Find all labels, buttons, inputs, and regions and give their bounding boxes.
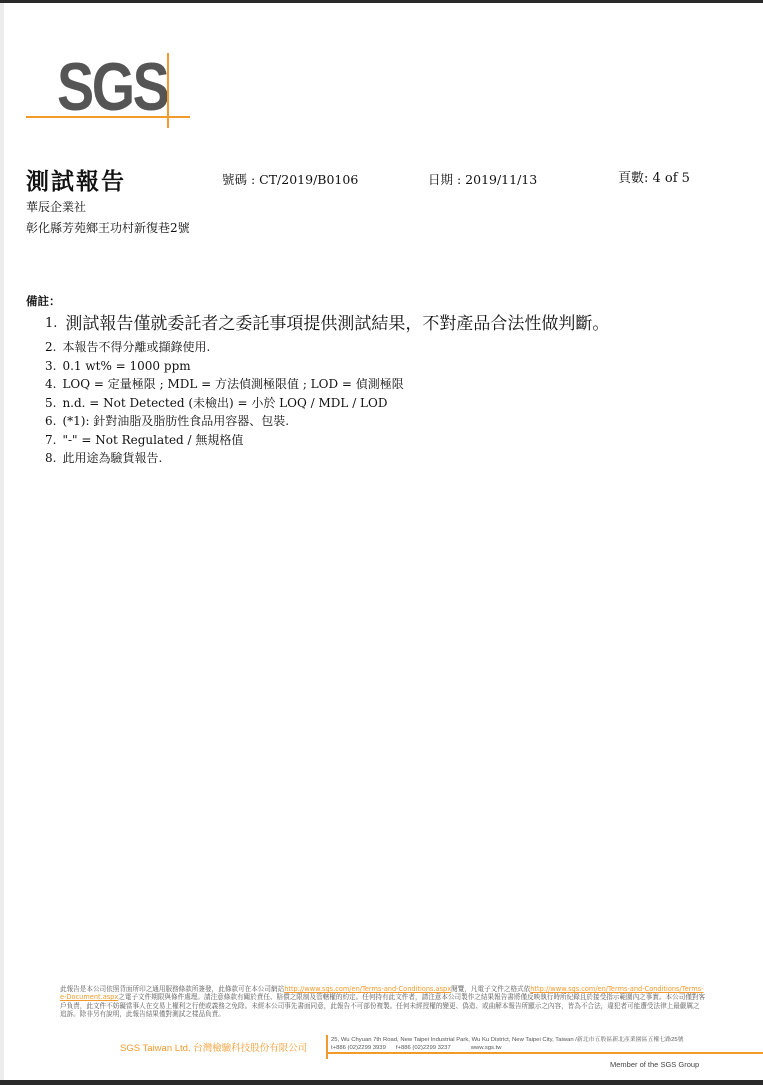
remark-text: (*1): 針對油脂及脂肪性食品用容器、包裝. bbox=[62, 414, 289, 428]
top-border bbox=[0, 0, 763, 3]
remark-text: 本報告不得分離或擷錄使用. bbox=[62, 340, 210, 354]
footer-fax: f+886 (02)2299 3237 bbox=[396, 1045, 451, 1051]
remarks-list: 1.測試報告僅就委託者之委託事項提供測試結果，不對產品合法性做判斷。 2.本報告… bbox=[45, 312, 609, 468]
remark-item: 1.測試報告僅就委託者之委託事項提供測試結果，不對產品合法性做判斷。 bbox=[45, 312, 609, 336]
remark-text: "-" = Not Regulated / 無規格值 bbox=[62, 433, 243, 447]
remark-item: 8.此用途為驗貨報告. bbox=[45, 449, 609, 468]
terms-link[interactable]: http://www.sgs.com/en/Terms-and-Conditio… bbox=[284, 985, 451, 993]
footer-company-name: SGS Taiwan Ltd. 台灣檢驗科技股份有限公司 bbox=[120, 1040, 307, 1054]
page-count: 頁數: 4 of 5 bbox=[618, 167, 690, 186]
footer-tel: t+886 (02)2299 3939 bbox=[331, 1045, 386, 1051]
remark-text: 0.1 wt% = 1000 ppm bbox=[62, 359, 190, 373]
footer-divider-horizontal bbox=[326, 1052, 763, 1054]
logo-text: SGS bbox=[57, 53, 167, 121]
footer-address: 25, Wu Chyuan 7th Road, New Taipei Indus… bbox=[331, 1036, 684, 1044]
remarks-heading: 備註： bbox=[26, 293, 61, 309]
report-date: 日期 : 2019/11/13 bbox=[428, 170, 537, 188]
logo-horizontal-line bbox=[26, 116, 190, 118]
remark-item: 3.0.1 wt% = 1000 ppm bbox=[45, 357, 609, 376]
footer-member-text: Member of the SGS Group bbox=[610, 1060, 699, 1069]
remark-item: 4.LOQ = 定量極限 ; MDL = 方法偵測極限值 ; LOD = 偵測極… bbox=[45, 375, 609, 394]
remark-item: 2.本報告不得分離或擷錄使用. bbox=[45, 338, 609, 357]
client-address: 彰化縣芳苑鄉王功村新復巷2號 bbox=[26, 219, 190, 236]
remark-text: 測試報告僅就委託者之委託事項提供測試結果，不對產品合法性做判斷。 bbox=[65, 314, 609, 334]
footer-address-block: 25, Wu Chyuan 7th Road, New Taipei Indus… bbox=[331, 1036, 684, 1052]
remark-item: 6.(*1): 針對油脂及脂肪性食品用容器、包裝. bbox=[45, 412, 609, 431]
footer-contact: t+886 (02)2299 3939f+886 (02)2299 3237ww… bbox=[331, 1044, 684, 1052]
footer-disclaimer: 此報告是本公司依照背面所印之通用服務條款所簽發，此條款可在本公司網站http:/… bbox=[60, 985, 706, 1019]
remark-item: 7."-" = Not Regulated / 無規格值 bbox=[45, 431, 609, 450]
report-number: 號碼 : CT/2019/B0106 bbox=[222, 170, 358, 188]
remark-text: n.d. = Not Detected (未檢出) = 小於 LOQ / MDL… bbox=[62, 396, 387, 410]
footer-divider-vertical bbox=[326, 1035, 328, 1059]
page-left-edge bbox=[0, 3, 4, 1080]
sgs-logo: SGS bbox=[26, 53, 196, 131]
bottom-border bbox=[0, 1080, 763, 1085]
logo-vertical-line bbox=[167, 53, 169, 128]
client-name: 華辰企業社 bbox=[26, 198, 86, 215]
footer-website[interactable]: www.sgs.tw bbox=[471, 1045, 502, 1051]
remark-text: LOQ = 定量極限 ; MDL = 方法偵測極限值 ; LOD = 偵測極限 bbox=[62, 377, 403, 391]
document-title: 測試報告 bbox=[26, 163, 126, 196]
remark-item: 5.n.d. = Not Detected (未檢出) = 小於 LOQ / M… bbox=[45, 394, 609, 413]
remark-text: 此用途為驗貨報告. bbox=[62, 451, 162, 465]
